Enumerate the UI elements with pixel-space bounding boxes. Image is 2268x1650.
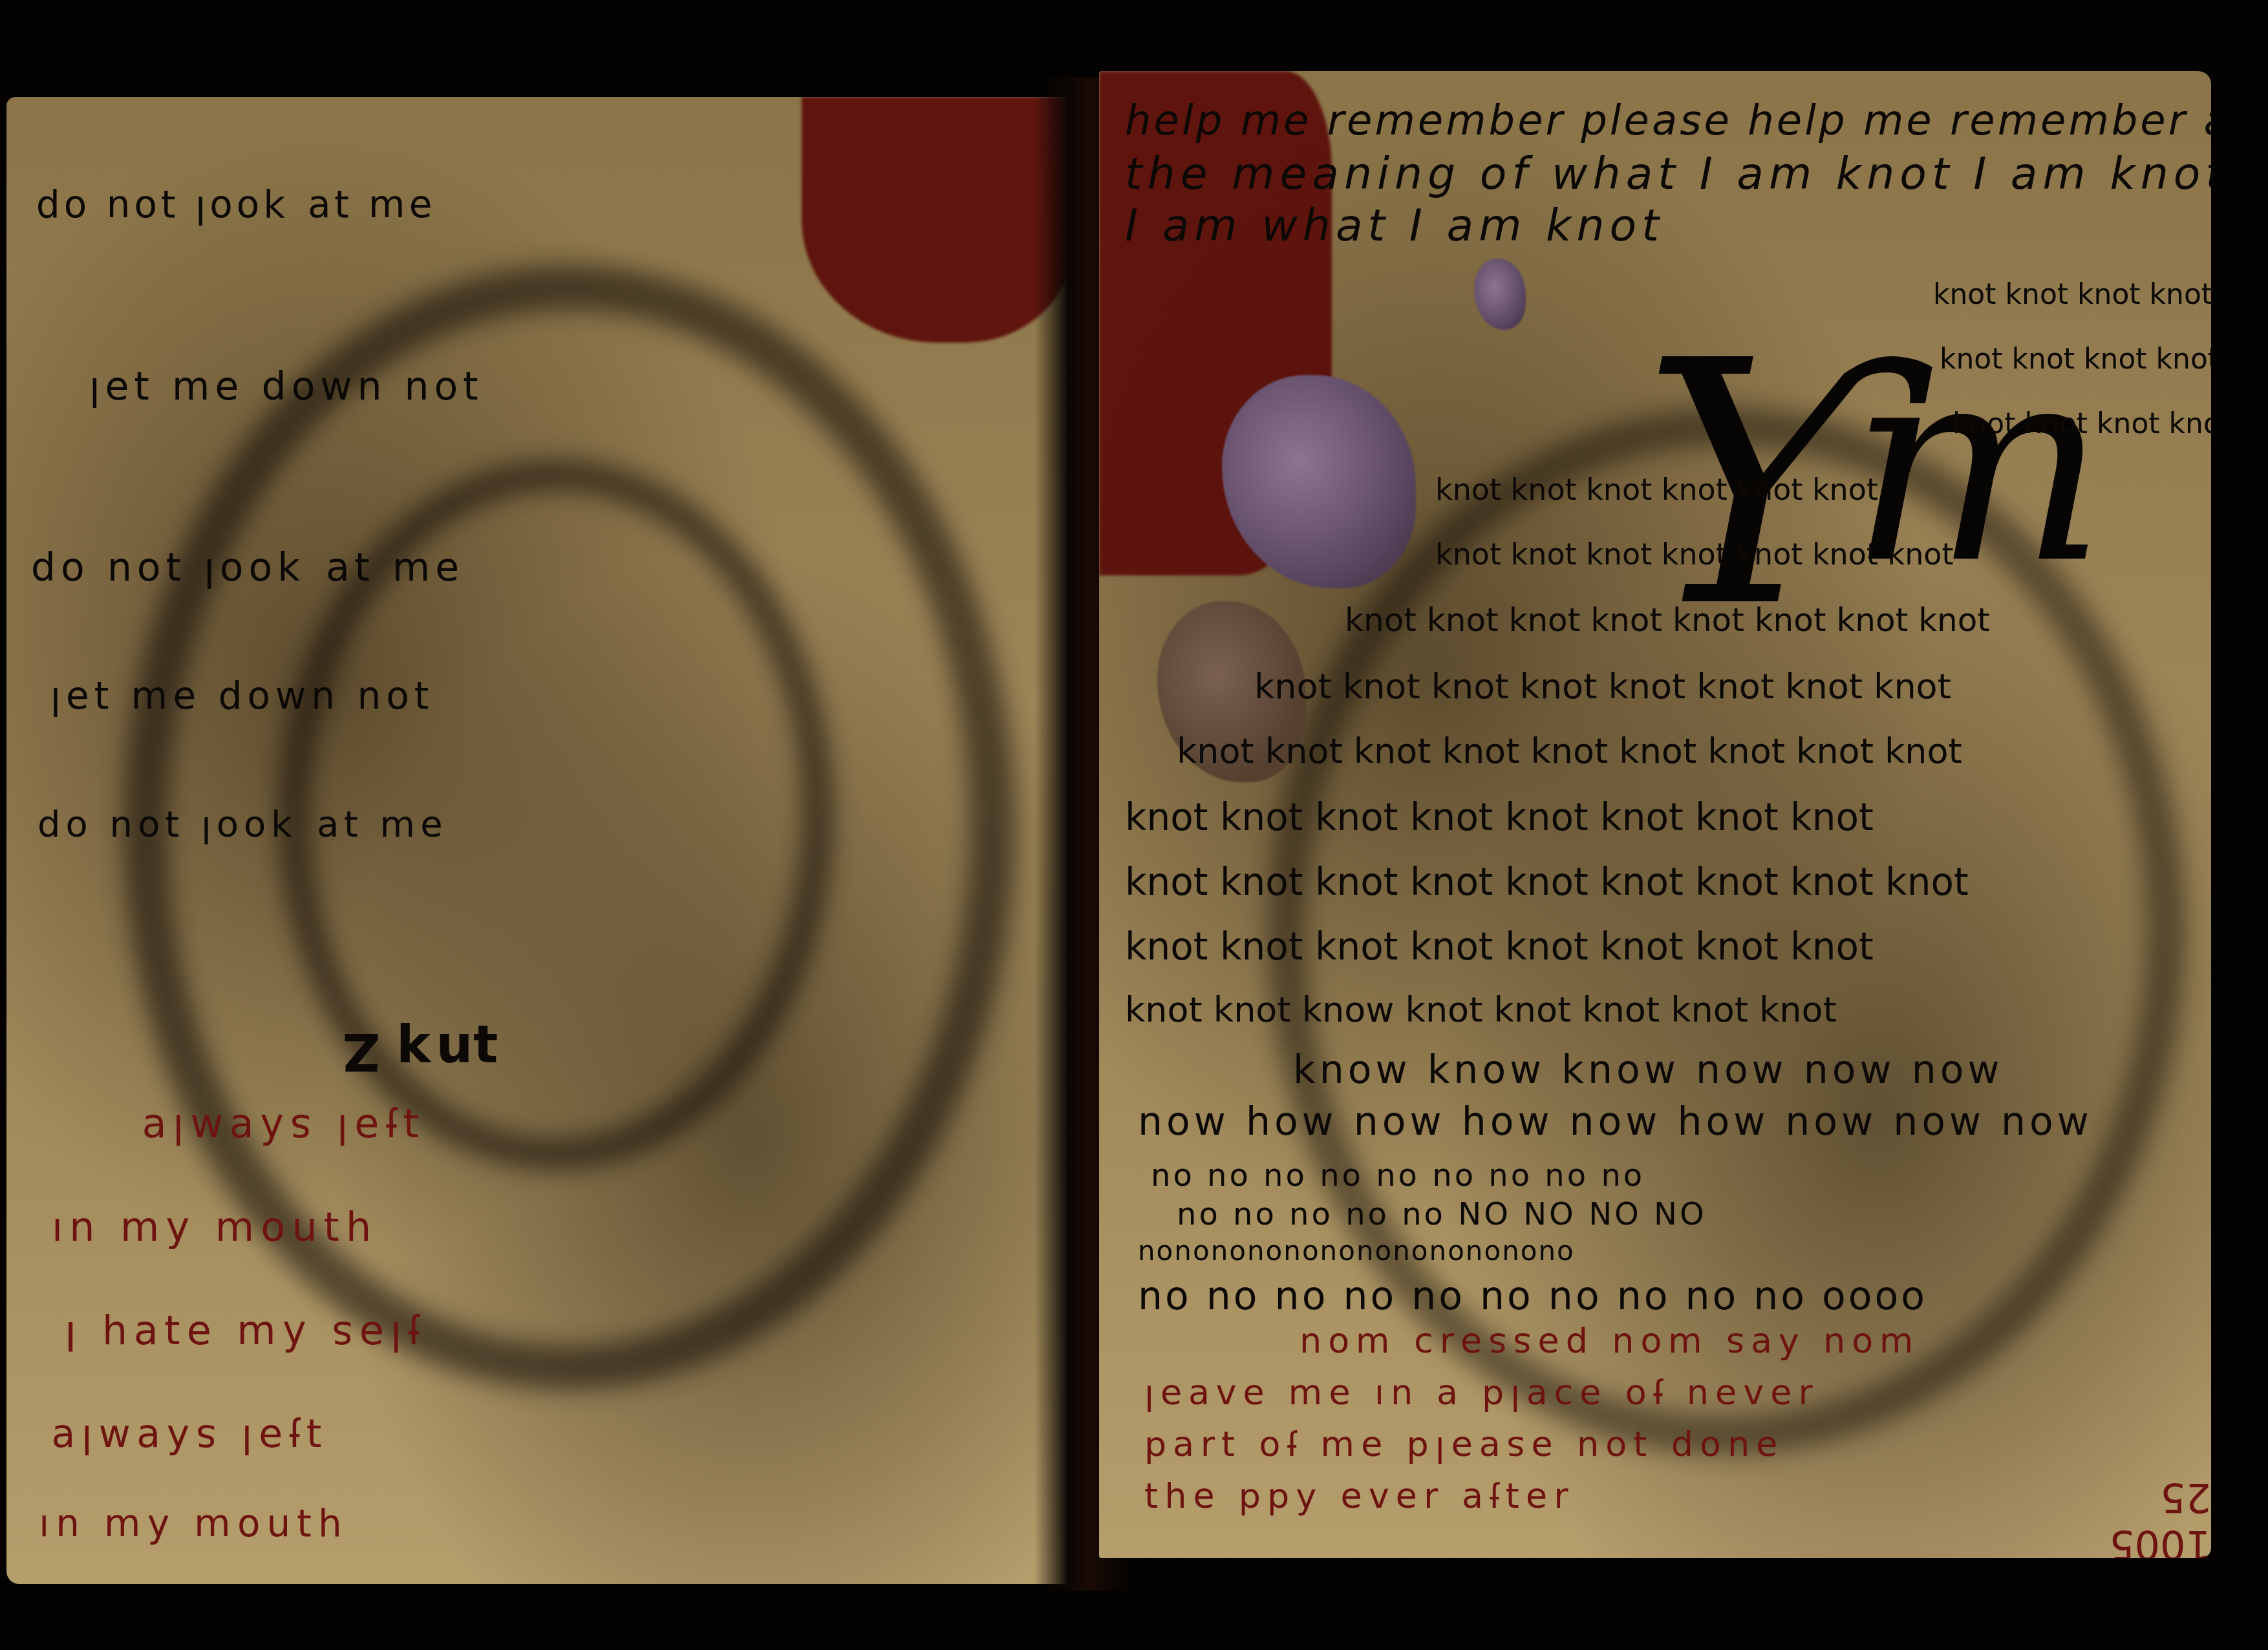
no-line: nononononononononononono: [1138, 1235, 1575, 1267]
knot-line: knot knot knot knot knot knot knot knot …: [1125, 860, 1969, 904]
knot-line: knot knot knot knot knot knot knot: [1435, 537, 1954, 572]
now-line: now how now how now how now now now: [1138, 1099, 2093, 1144]
left-script-line: ʇou uʍop ǝɯ ʇǝl: [84, 369, 478, 414]
left-script-line: ǝɯ ʇɐ ʞool ʇou op: [32, 187, 433, 231]
right-red-line: ǝuop ʇou ǝsɐǝld ǝɯ ɟo ʇɹɐd: [1138, 1429, 1777, 1470]
page-number: 1005 25: [2069, 1474, 2211, 1558]
knot-line: knot knot knot knot: [1933, 278, 2211, 311]
left-red-line: ʇɟǝl sʎɐʍlɐ: [136, 1106, 419, 1153]
left-inverted-word: ʇnʞ Z: [343, 1022, 498, 1082]
pressed-flower-petal-small: [1474, 259, 1526, 330]
no-line: no no no no no no no no no: [1151, 1157, 1645, 1194]
header-line-1: help me remember please help me remember…: [1125, 97, 2211, 145]
left-script-line: ǝɯ ʇɐ ʞool ʇou op: [32, 808, 443, 850]
left-script-line: ǝɯ ʇɐ ʞool ʇou op: [26, 550, 459, 595]
knot-line: knot knot know knot knot knot knot knot: [1125, 989, 1837, 1030]
header-line-2: the meaning of what I am knot I am knot: [1125, 149, 2211, 200]
right-page: help me remember please help me remember…: [1099, 71, 2211, 1558]
no-line: no no no no no no no no no no oooo: [1138, 1274, 1927, 1319]
know-line: know know know now now now: [1293, 1047, 2003, 1093]
right-red-line: ɯou ʎɐs ɯou pǝssǝɹɔ ɯou: [1293, 1325, 1914, 1366]
right-red-line: ɹǝʌǝu ɟo ǝɔɐld ɐ uı ǝɯ ǝʌɐǝl: [1138, 1377, 1813, 1418]
left-red-line: ɥʇnoɯ ʎɯ uı: [45, 1209, 371, 1256]
header-line-3: I am what I am knot: [1125, 200, 1664, 252]
blood-stain-top: [802, 97, 1067, 343]
knot-line: knot knot knot knot: [1952, 407, 2211, 440]
left-script-line: ʇou uʍop ǝɯ ʇǝl: [45, 679, 429, 723]
knot-line: knot knot knot knot knot knot knot knot: [1345, 601, 1990, 639]
knot-line: knot knot knot knot knot knot knot knot: [1125, 795, 1874, 839]
journal-spread: ǝɯ ʇɐ ʞool ʇou op ʇou uʍop ǝɯ ʇǝl ǝɯ ʇɐ …: [0, 0, 2268, 1650]
left-red-line: ɟlǝs ʎɯ ǝʇɐɥ I: [58, 1312, 419, 1360]
left-page: ǝɯ ʇɐ ʞool ʇou op ʇou uʍop ǝɯ ʇǝl ǝɯ ʇɐ …: [6, 97, 1067, 1584]
left-red-line: ɥʇnoɯ ʎɯ uı: [32, 1506, 342, 1550]
knot-line: knot knot knot knot knot knot: [1435, 472, 1878, 507]
knot-line: knot knot knot knot: [1940, 343, 2211, 376]
right-red-line: ɹǝʇɟɐ ɹǝʌǝ ʎdd ǝɥʇ: [1138, 1481, 1568, 1521]
knot-line: knot knot knot knot knot knot knot knot …: [1177, 731, 1962, 771]
left-red-line: ʇɟǝl sʎɐʍlɐ: [45, 1416, 321, 1461]
no-line: no no no no no NO NO NO NO: [1177, 1196, 1707, 1232]
knot-line: knot knot knot knot knot knot knot knot: [1125, 925, 1874, 969]
knot-line: knot knot knot knot knot knot knot knot: [1254, 666, 1951, 707]
